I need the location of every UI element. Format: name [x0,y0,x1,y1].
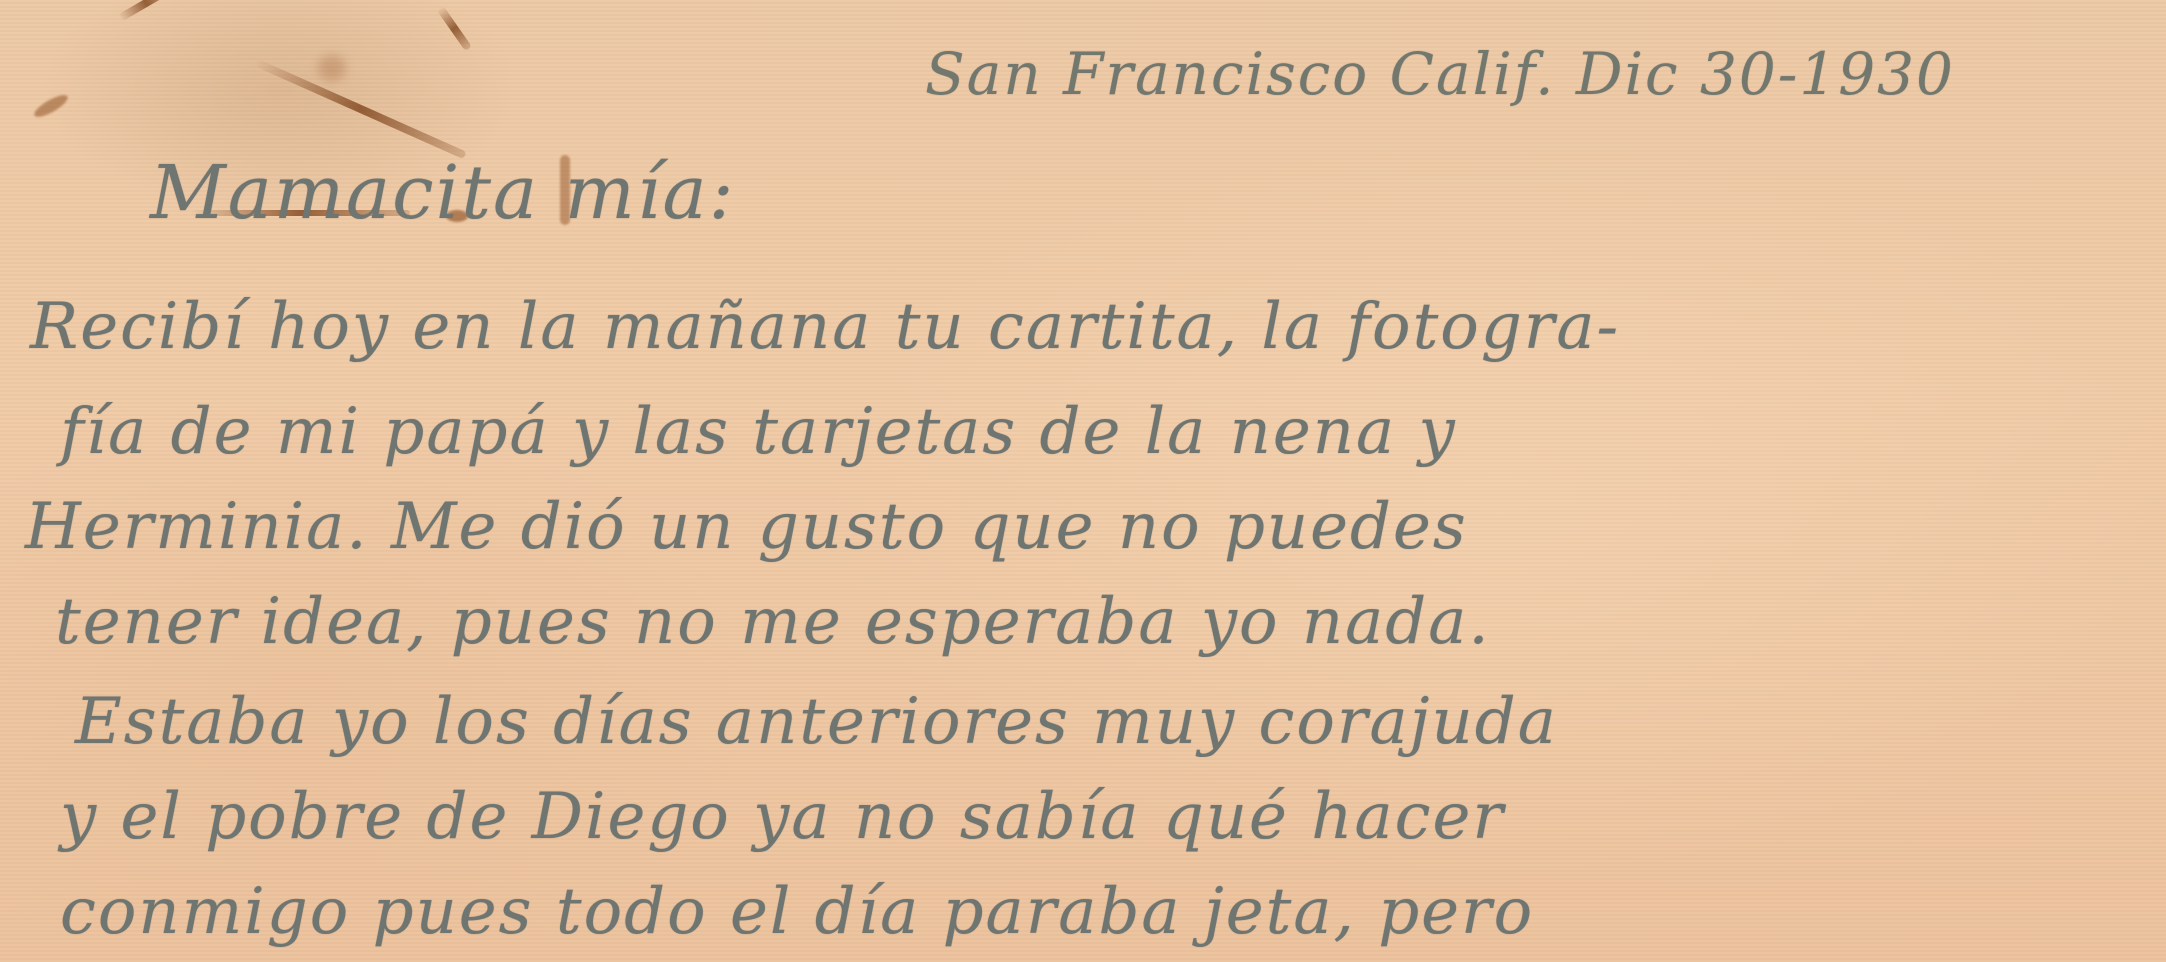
salutation: Mamacita mía: [150,150,736,236]
letter-line-5: Estaba yo los días anteriores muy coraju… [75,685,1558,759]
rust-stain [253,58,466,159]
rust-spot [32,91,71,120]
place-and-date: San Francisco Calif. Dic 30-1930 [925,40,1955,108]
letter-line-4: tener idea, pues no me esperaba yo nada. [55,585,1491,659]
letter-line-3: Herminia. Me dió un gusto que no puedes [25,490,1468,564]
rust-stain [437,6,472,52]
letter-line-2: fía de mi papá y las tarjetas de la nena… [60,395,1457,469]
letter-line-1: Recibí hoy en la mañana tu cartita, la f… [30,290,1620,364]
letter-line-7: conmigo pues todo el día paraba jeta, pe… [60,875,1534,949]
rust-stain [118,0,174,21]
letter-line-6: y el pobre de Diego ya no sabía qué hace… [60,780,1505,854]
rust-spot [318,55,346,81]
letter-page: San Francisco Calif. Dic 30-1930 Mamacit… [0,0,2166,962]
